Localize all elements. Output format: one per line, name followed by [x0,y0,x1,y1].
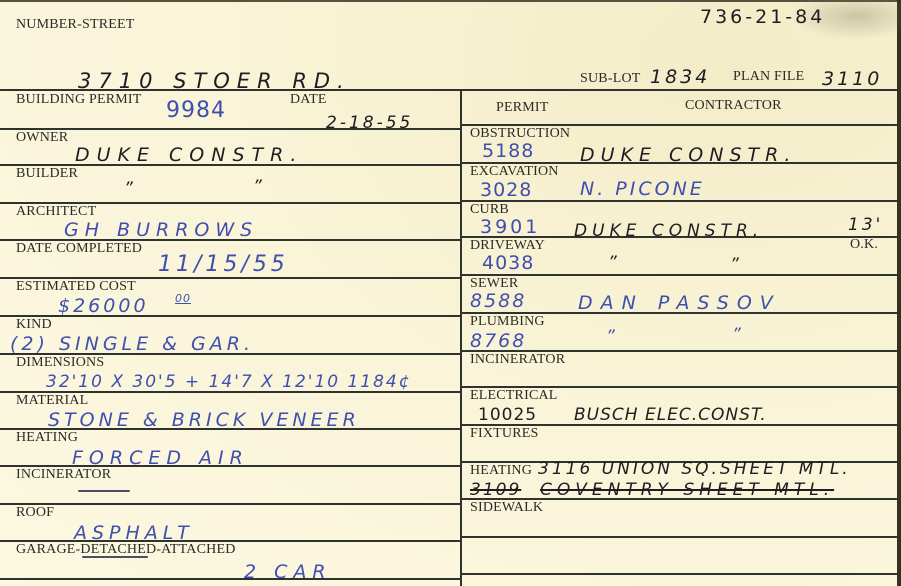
heating-label: HEATING [16,430,78,446]
date-completed-label: DATE COMPLETED [16,241,142,257]
plumbing-ditto-1: ” [606,326,618,348]
material-label: MATERIAL [16,393,88,409]
contractor-column-header: CONTRACTOR [685,98,782,114]
rule [460,536,897,538]
incinerator-permit-label: INCINERATOR [470,352,565,368]
sub-lot-value: 1834 [650,66,710,88]
card-right-edge [897,0,901,586]
rule [460,200,897,202]
curb-contractor: DUKE CONSTR. [574,220,763,242]
incinerator-label: INCINERATOR [16,467,111,483]
date-value: 2-18-55 [326,112,413,134]
rule [0,315,460,317]
builder-ditto-1: ” [124,178,136,200]
electrical-permit: 10025 [478,404,537,426]
electrical-contractor: BUSCH ELEC.CONST. [574,404,767,426]
column-divider [460,89,462,586]
rule [460,274,897,276]
dimensions-value: 32'10 X 30'5 + 14'7 X 12'10 1184¢ [46,371,412,393]
fixtures-label: FIXTURES [470,426,539,442]
sewer-contractor: DAN PASSOV [578,292,781,314]
detached-underline [82,556,148,558]
rule [0,89,897,91]
sidewalk-label: SIDEWALK [470,500,543,516]
building-permit-card: NUMBER-STREET 736-21-84 3710 STOER RD. S… [0,0,901,586]
rule [0,578,460,580]
builder-label: BUILDER [16,166,78,182]
incinerator-dash [78,490,130,492]
estimated-cost-cents: 00 [175,288,191,310]
file-number: 736-21-84 [700,6,825,28]
roof-label: ROOF [16,505,54,521]
card-top-edge [0,0,901,2]
date-label: DATE [290,92,327,108]
owner-value: DUKE CONSTR. [75,144,303,166]
permit-column-header: PERMIT [496,100,549,116]
owner-label: OWNER [16,130,68,146]
garage-value: 2 CAR [244,561,332,583]
plumbing-permit: 8768 [470,330,526,352]
architect-label: ARCHITECT [16,204,96,220]
number-street-label: NUMBER-STREET [16,17,135,33]
plan-file-value: 3110 [822,68,882,90]
building-permit-label: BUILDING PERMIT [16,92,142,108]
dimensions-label: DIMENSIONS [16,355,104,371]
heating-permit-label: HEATING [470,463,532,479]
builder-ditto-2: ” [253,176,265,198]
driveway-permit: 4038 [482,252,534,274]
sewer-permit: 8588 [470,290,526,312]
heating-line-1: 3116 UNION SQ.SHEET MTL. [538,458,851,480]
rule [0,503,460,505]
plumbing-ditto-2: ” [732,324,744,346]
rule [460,573,897,575]
estimated-cost-value: $26000 [58,295,149,317]
excavation-contractor: N. PICONE [580,178,705,200]
curb-permit: 3901 [480,216,540,238]
date-completed-value: 11/15/55 [158,254,289,276]
driveway-note: O.K. [850,237,878,253]
driveway-ditto-1: ” [608,252,620,274]
architect-value: GH BURROWS [64,219,258,241]
estimated-cost-label: ESTIMATED COST [16,279,136,295]
obstruction-permit: 5188 [482,140,534,162]
plumbing-label: PLUMBING [470,314,545,330]
electrical-label: ELECTRICAL [470,388,558,404]
kind-label: KIND [16,317,52,333]
kind-value: (2) SINGLE & GAR. [10,333,254,355]
sub-lot-label: SUB-LOT [580,71,641,87]
curb-note: 13' [848,214,883,236]
rule [0,128,460,130]
plan-file-label: PLAN FILE [733,69,804,85]
excavation-label: EXCAVATION [470,164,559,180]
driveway-ditto-2: ” [730,254,742,276]
excavation-permit: 3028 [480,179,532,201]
building-permit-value: 9984 [166,100,226,122]
